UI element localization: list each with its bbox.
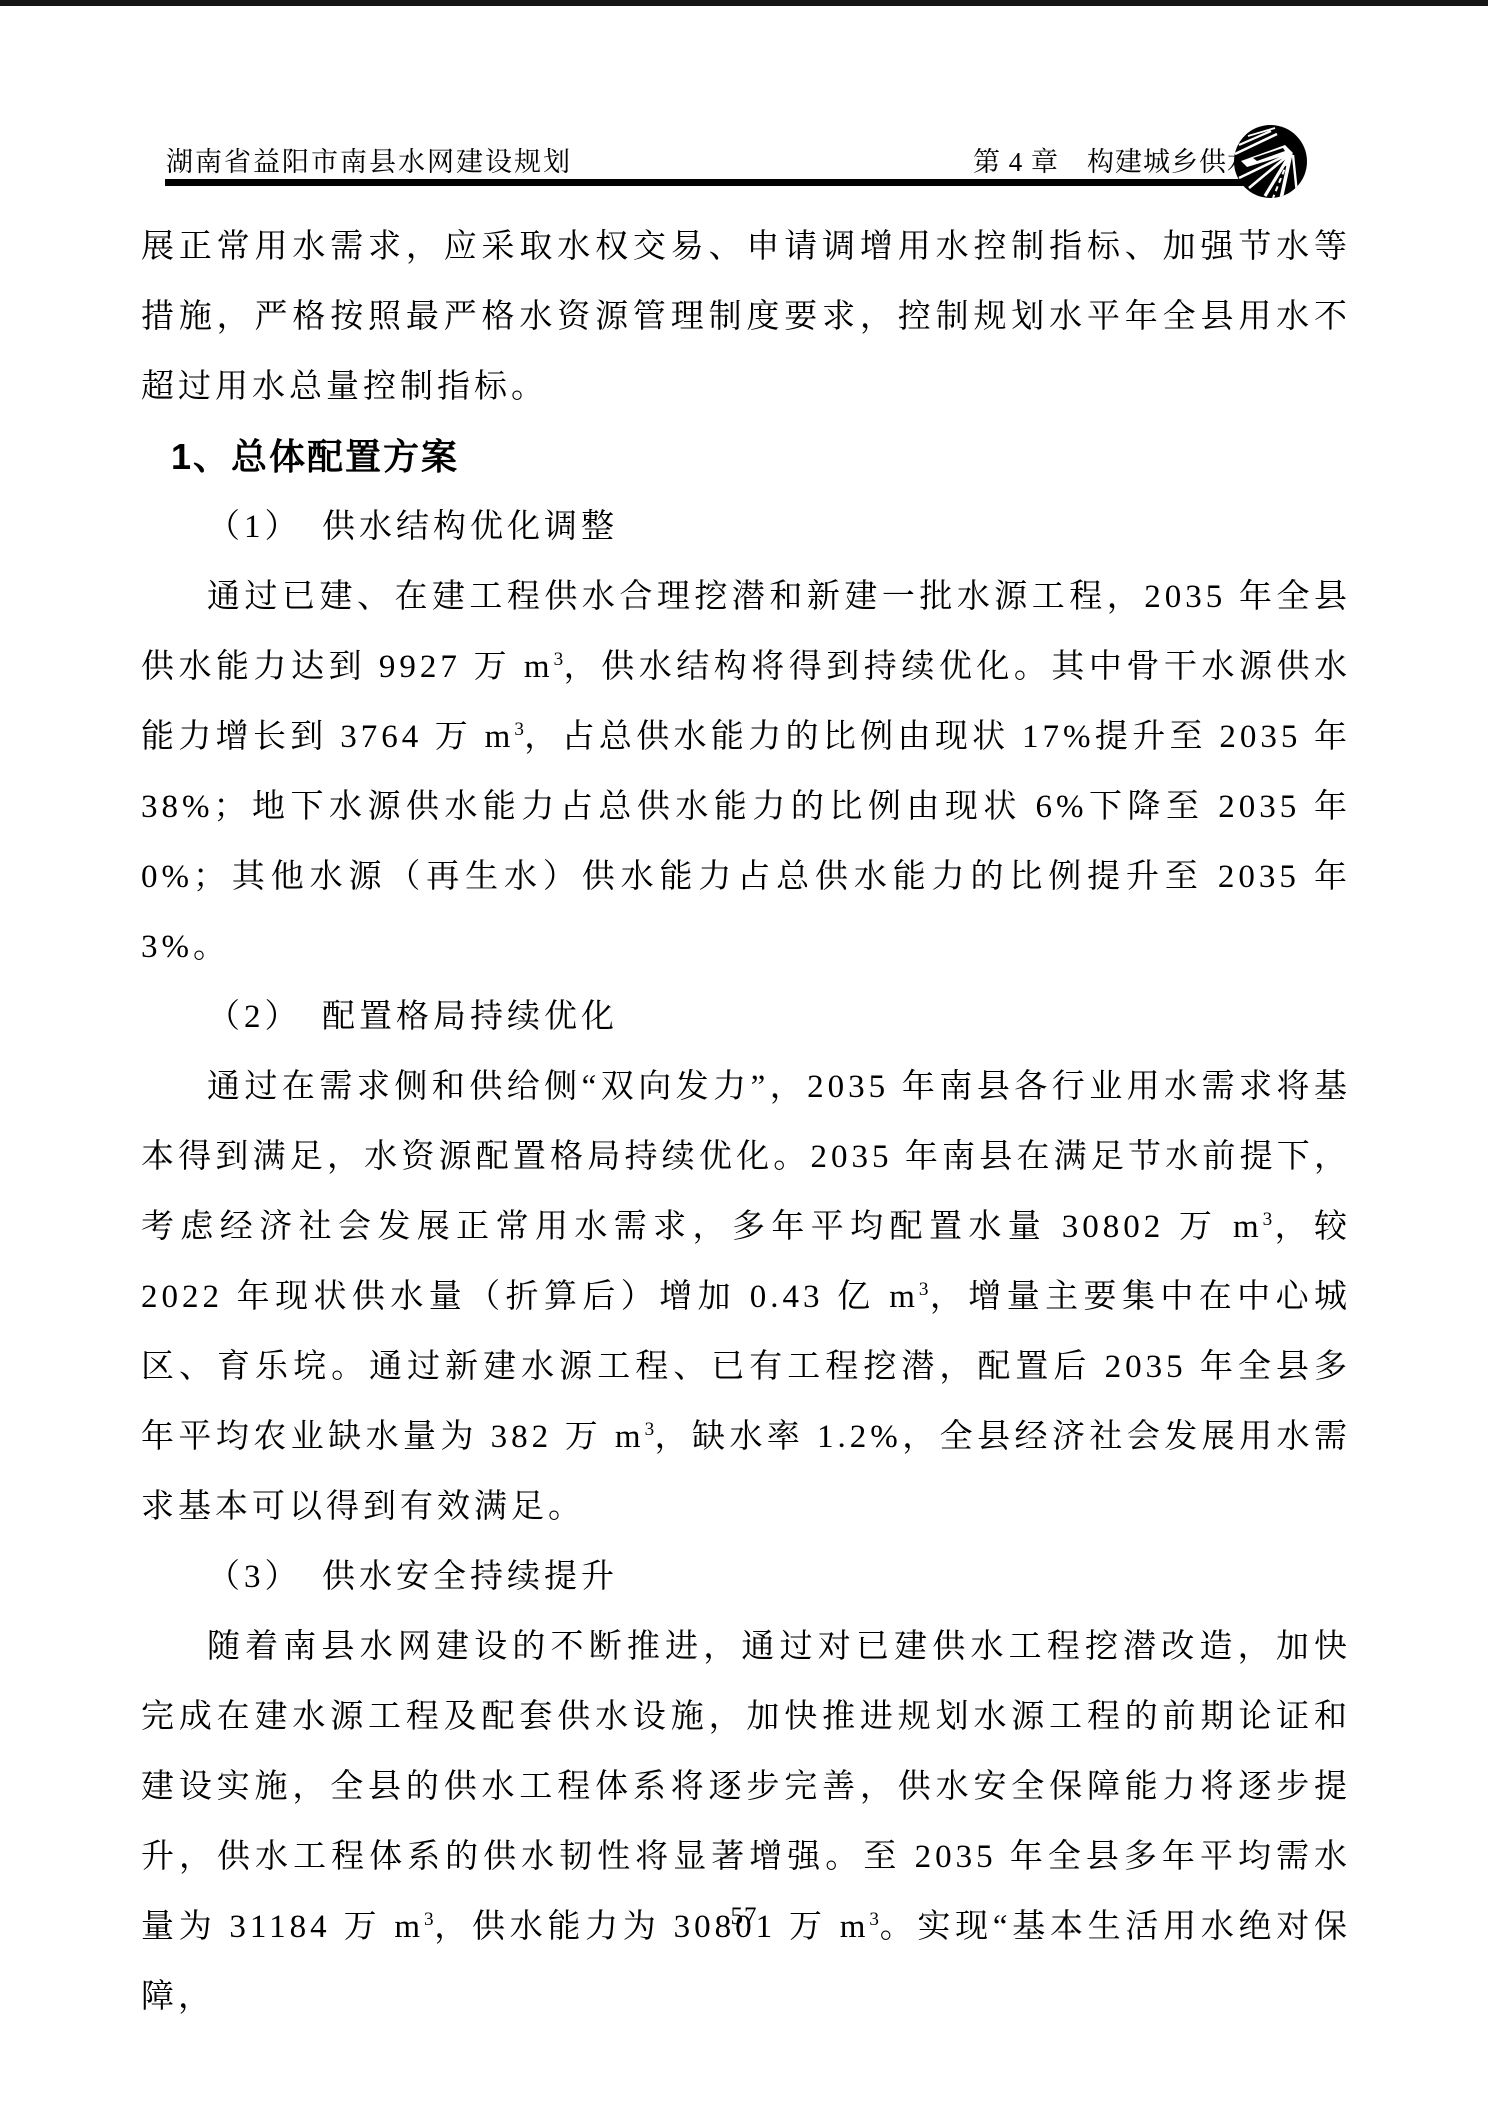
sub-heading: （3） 供水安全持续提升 xyxy=(141,1542,1351,1612)
header-divider xyxy=(165,179,1295,186)
document-body: 展正常用水需求，应采取水权交易、申请调增用水控制指标、加强节水等措施，严格按照最… xyxy=(141,212,1351,2032)
body-paragraph: 随着南县水网建设的不断推进，通过对已建供水工程挖潜改造，加快完成在建水源工程及配… xyxy=(141,1612,1351,2032)
superscript-cubed: 3 xyxy=(554,649,564,670)
superscript-cubed: 3 xyxy=(645,1419,655,1440)
superscript-cubed: 3 xyxy=(514,719,524,740)
continuation-paragraph: 展正常用水需求，应采取水权交易、申请调增用水控制指标、加强节水等措施，严格按照最… xyxy=(141,212,1351,422)
body-paragraph: 通过已建、在建工程供水合理挖潜和新建一批水源工程，2035 年全县供水能力达到 … xyxy=(141,562,1351,982)
sub-heading: （2） 配置格局持续优化 xyxy=(141,982,1351,1052)
sub-heading: （1） 供水结构优化调整 xyxy=(141,492,1351,562)
top-accent-bar xyxy=(0,0,1488,6)
superscript-cubed: 3 xyxy=(1263,1209,1273,1230)
superscript-cubed: 3 xyxy=(919,1279,929,1300)
road-water-emblem-icon xyxy=(1233,124,1308,199)
section-heading: 1、总体配置方案 xyxy=(141,422,1351,492)
page-number: 57 xyxy=(0,1903,1488,1931)
header-document-title: 湖南省益阳市南县水网建设规划 xyxy=(166,140,572,179)
body-blocks: 展正常用水需求，应采取水权交易、申请调增用水控制指标、加强节水等措施，严格按照最… xyxy=(141,212,1351,2032)
body-paragraph: 通过在需求侧和供给侧“双向发力”，2035 年南县各行业用水需求将基本得到满足，… xyxy=(141,1052,1351,1542)
